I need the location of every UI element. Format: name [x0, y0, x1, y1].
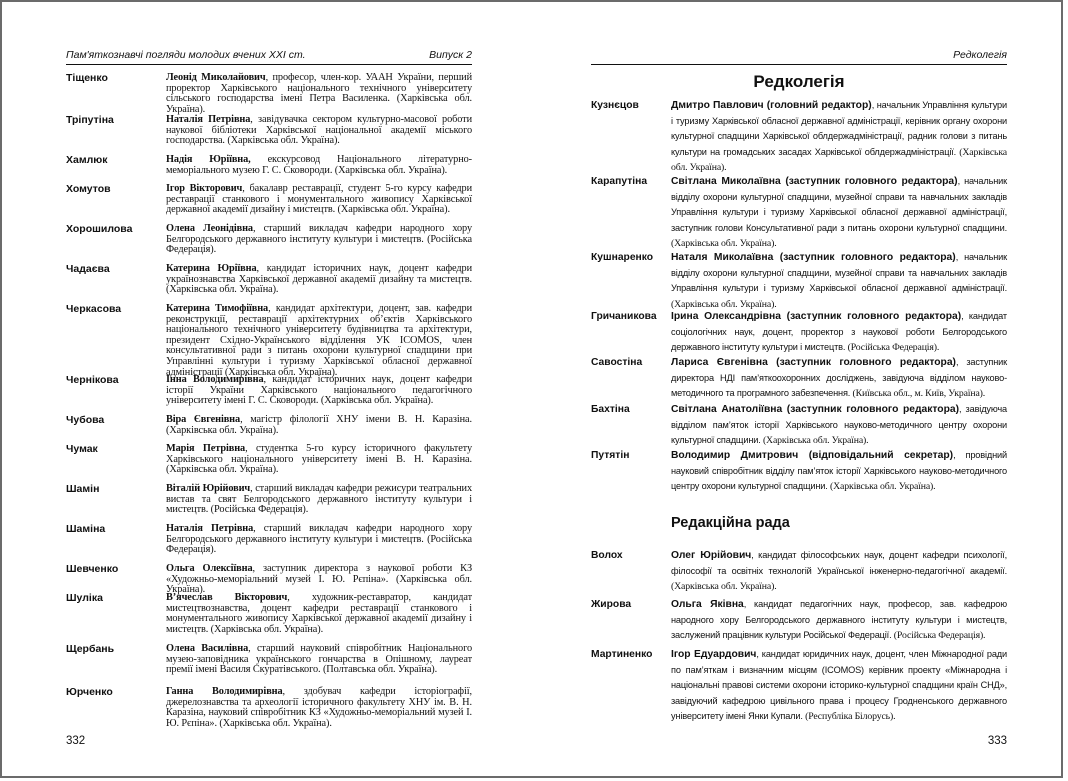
member-surname: Путятін	[591, 448, 629, 464]
member-bio: Наталя Миколаївна (заступник головного р…	[671, 250, 1007, 312]
member-surname: Жирова	[591, 597, 631, 613]
author-surname: Чумак	[66, 444, 98, 455]
member-name-role: Наталя Миколаївна (заступник головного р…	[671, 252, 956, 263]
member-bio: Олег Юрійович, кандидат філософських нау…	[671, 548, 1007, 595]
member-surname: Волох	[591, 548, 623, 564]
author-surname: Тріпутіна	[66, 115, 114, 126]
author-name: Ганна Володимирівна	[166, 686, 283, 697]
journal-title: Пам'яткознавчі погляди молодих вчених XX…	[66, 49, 306, 62]
member-surname: Мартиненко	[591, 647, 652, 663]
author-surname: Шаміна	[66, 524, 105, 535]
author-surname: Хомутов	[66, 184, 111, 195]
author-name: Катерина Тимофіївна	[166, 303, 268, 314]
author-bio: Ігор Вікторович, бакалавр реставрації, с…	[166, 184, 472, 216]
member-bio: Ольга Яківна, кандидат педагогічних наук…	[671, 597, 1007, 644]
author-bio: Надія Юріївна, екскурсовод Національного…	[166, 155, 472, 176]
issue-label: Випуск 2	[429, 49, 472, 62]
member-surname: Кузнєцов	[591, 98, 639, 114]
member-bio: Світлана Анатоліївна (заступник головног…	[671, 402, 1007, 449]
author-bio: Леонід Миколайович, професор, член-кор. …	[166, 73, 472, 115]
author-surname: Щербань	[66, 644, 114, 655]
member-surname: Гричаникова	[591, 309, 657, 325]
member-bio: Світлана Миколаївна (заступник головного…	[671, 174, 1007, 252]
author-surname: Чернікова	[66, 375, 119, 386]
left-running-head: Пам'яткознавчі погляди молодих вчених XX…	[66, 49, 472, 65]
author-name: Віра Євгенівна	[166, 414, 240, 425]
member-location: (Республіка Білорусь).	[803, 711, 896, 722]
author-surname: Шамін	[66, 484, 99, 495]
author-surname: Шуліка	[66, 593, 103, 604]
author-bio: Інна Володимирівна, кандидат історичних …	[166, 375, 472, 407]
member-name-role: Лариса Євгенівна (заступник головного ре…	[671, 357, 956, 368]
author-bio: Наталія Петрівна, завідувачка сектором к…	[166, 115, 472, 147]
author-name: Катерина Юріївна	[166, 263, 257, 274]
member-bio: Дмитро Павлович (головний редактор), нач…	[671, 98, 1007, 176]
author-bio: Олена Василівна, старший науковий співро…	[166, 644, 472, 676]
member-location: (Харківська обл. Україна).	[671, 238, 777, 249]
member-bio: Ірина Олександрівна (заступник головного…	[671, 309, 1007, 356]
author-surname: Черкасова	[66, 304, 121, 315]
author-name: Леонід Миколайович	[166, 72, 266, 83]
author-name: Марія Петрівна	[166, 443, 245, 454]
author-bio: Віталій Юрійович, старший викладач кафед…	[166, 484, 472, 516]
author-name: Інна Володимирівна	[166, 374, 264, 385]
member-surname: Карапутіна	[591, 174, 647, 190]
member-name-role: Світлана Миколаївна (заступник головного…	[671, 176, 958, 187]
member-name: Ігор Едуардович	[671, 649, 756, 660]
page-number-left: 332	[66, 735, 85, 747]
author-name: Віталій Юрійович	[166, 483, 250, 494]
author-surname: Чубова	[66, 415, 104, 426]
author-bio: В’ячеслав Вікторович, художник-реставрат…	[166, 593, 472, 635]
member-location: (Російська Федерація).	[891, 630, 985, 641]
author-bio: Ольга Олексіївна, заступник директора з …	[166, 564, 472, 596]
right-running-head: Редколегія	[591, 49, 1007, 65]
book-spread-frame: Пам'яткознавчі погляди молодих вчених XX…	[0, 0, 1063, 778]
member-surname: Савостіна	[591, 355, 642, 371]
author-name: Ігор Вікторович	[166, 183, 242, 194]
member-name-role: Світлана Анатоліївна (заступник головног…	[671, 404, 959, 415]
member-bio: Ігор Едуардович, кандидат юридичних наук…	[671, 647, 1007, 725]
author-bio: Катерина Юріївна, кандидат історичних на…	[166, 264, 472, 296]
member-location: (Київська обл., м. Київ, Україна).	[850, 388, 985, 399]
page-number-right: 333	[988, 735, 1007, 747]
member-name-role: Володимир Дмитрович (відповідальний секр…	[671, 450, 953, 461]
member-location: (Російська Федерація).	[845, 342, 939, 353]
member-location: (Харківська обл. Україна).	[671, 581, 777, 592]
member-surname: Кушнаренко	[591, 250, 653, 266]
member-name-role: Ірина Олександрівна (заступник головного…	[671, 311, 961, 322]
author-surname: Тіщенко	[66, 73, 108, 84]
member-surname: Бахтіна	[591, 402, 630, 418]
author-name: Олена Леонідівна	[166, 223, 253, 234]
author-details: , кандидат архітектури, доцент, зав. каф…	[166, 303, 472, 378]
author-surname: Хамлюк	[66, 155, 108, 166]
member-name: Олег Юрійович	[671, 550, 751, 561]
author-surname: Шевченко	[66, 564, 118, 575]
author-surname: Юрченко	[66, 687, 113, 698]
author-bio: Олена Леонідівна, старший викладач кафед…	[166, 224, 472, 256]
author-name: Наталія Петрівна	[166, 114, 250, 125]
author-bio: Марія Петрівна, студентка 5-го курсу іст…	[166, 444, 472, 476]
editorial-board-heading: Редколегія	[591, 72, 1007, 92]
author-bio: Ганна Володимирівна, здобувач кафедри іс…	[166, 687, 472, 729]
author-name: В’ячеслав Вікторович	[166, 592, 287, 603]
author-bio: Віра Євгенівна, магістр філології ХНУ ім…	[166, 415, 472, 436]
author-surname: Чадаєва	[66, 264, 110, 275]
author-name: Олена Василівна	[166, 643, 248, 654]
editorial-council-heading: Редакційна рада	[671, 515, 1007, 531]
author-name: Надія Юріївна,	[166, 154, 251, 165]
author-bio: Наталія Петрівна, старший викладач кафед…	[166, 524, 472, 556]
member-location: (Харківська обл. Україна).	[828, 481, 936, 492]
author-name: Ольга Олексіївна	[166, 563, 253, 574]
member-bio: Володимир Дмитрович (відповідальний секр…	[671, 448, 1007, 495]
member-location: (Харківська обл. Україна).	[761, 435, 869, 446]
member-bio: Лариса Євгенівна (заступник головного ре…	[671, 355, 1007, 402]
author-surname: Хорошилова	[66, 224, 132, 235]
member-name-role: Дмитро Павлович (головний редактор)	[671, 100, 872, 111]
author-bio: Катерина Тимофіївна, кандидат архітектур…	[166, 304, 472, 378]
section-label: Редколегія	[953, 49, 1007, 62]
author-name: Наталія Петрівна	[166, 523, 253, 534]
member-name: Ольга Яківна	[671, 599, 744, 610]
